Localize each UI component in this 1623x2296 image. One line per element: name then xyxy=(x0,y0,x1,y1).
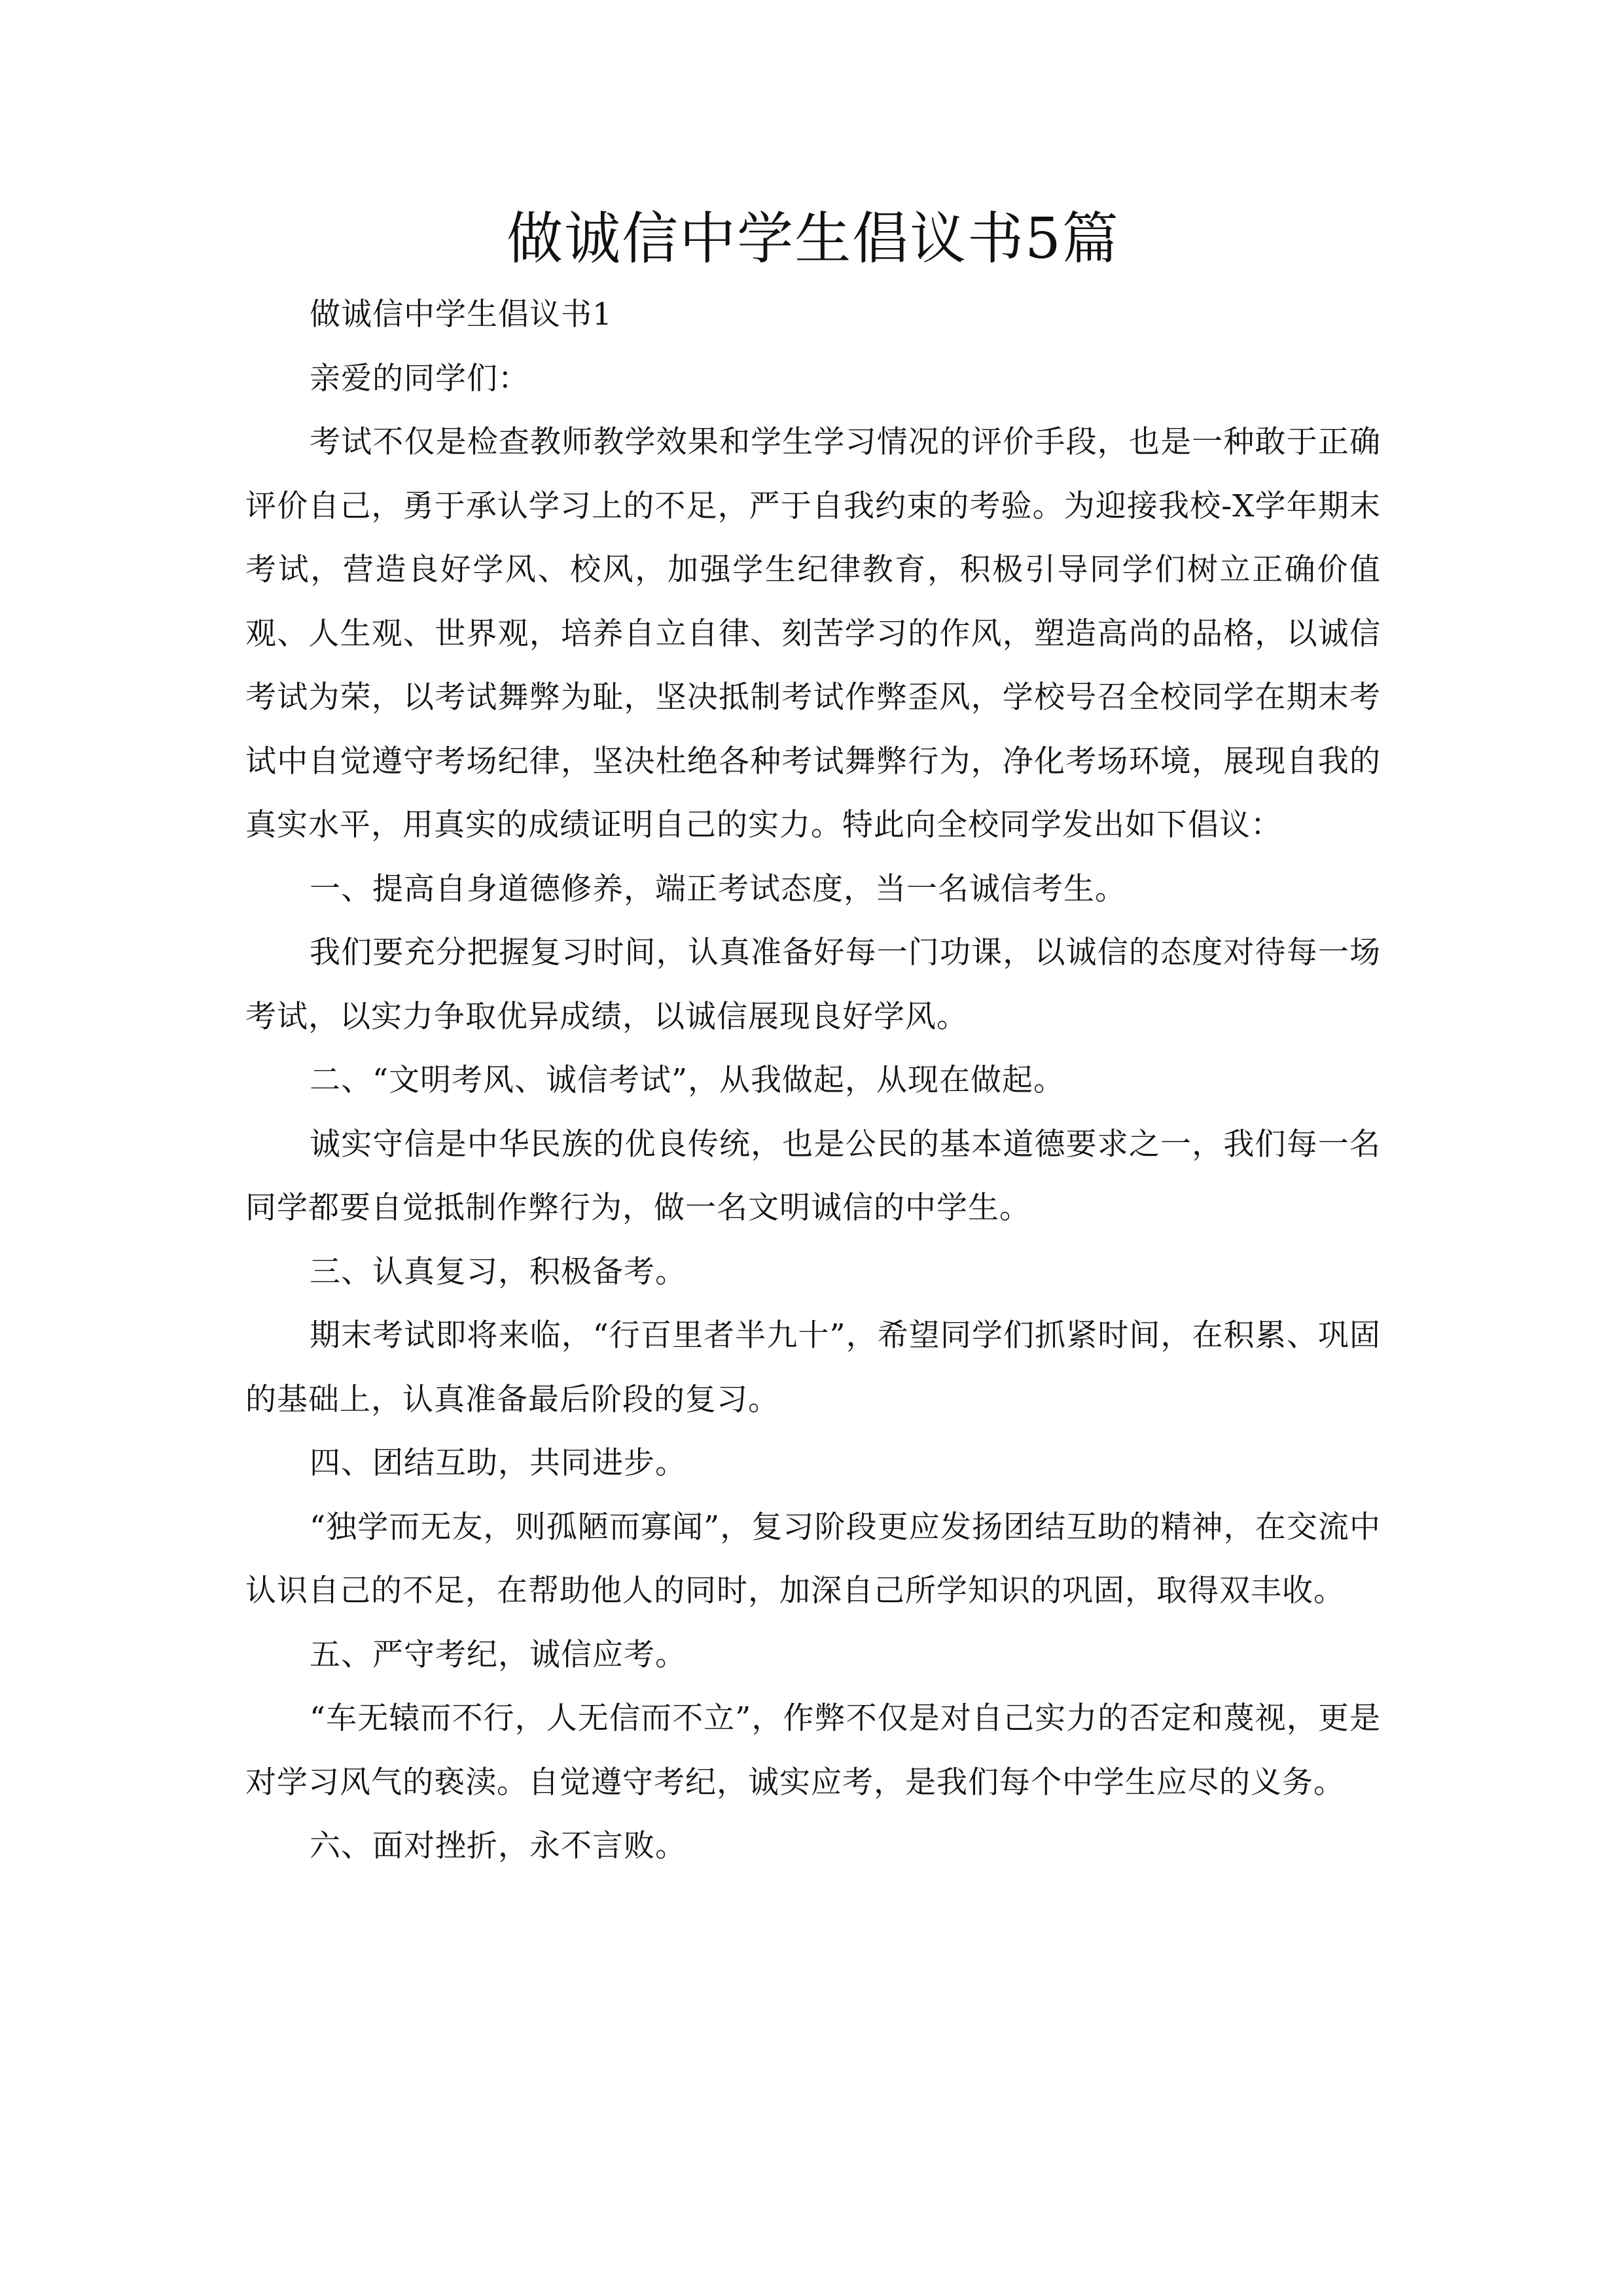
proposal-heading-1: 一、提高自身道德修养，端正考试态度，当一名诚信考生。 xyxy=(245,857,1381,922)
document-title: 做诚信中学生倡议书5篇 xyxy=(245,200,1381,278)
proposal-heading-4: 四、团结互助，共同进步。 xyxy=(245,1431,1381,1496)
proposal-heading-5: 五、严守考纪，诚信应考。 xyxy=(245,1623,1381,1687)
proposal-body-4: “独学而无友，则孤陋而寡闻”，复习阶段更应发扬团结互助的精神，在交流中认识自己的… xyxy=(245,1496,1381,1623)
document-body: 做诚信中学生倡议书1 亲爱的同学们： 考试不仅是检查教师教学效果和学生学习情况的… xyxy=(245,283,1381,1878)
salutation: 亲爱的同学们： xyxy=(245,347,1381,411)
proposal-body-3: 期末考试即将来临，“行百里者半九十”，希望同学们抓紧时间，在积累、巩固的基础上，… xyxy=(245,1304,1381,1431)
intro-paragraph: 考试不仅是检查教师教学效果和学生学习情况的评价手段，也是一种敢于正确评价自己，勇… xyxy=(245,410,1381,857)
section-heading: 做诚信中学生倡议书1 xyxy=(245,283,1381,347)
proposal-heading-6: 六、面对挫折，永不言败。 xyxy=(245,1814,1381,1878)
proposal-heading-3: 三、认真复习，积极备考。 xyxy=(245,1240,1381,1304)
proposal-body-5: “车无辕而不行，人无信而不立”，作弊不仅是对自己实力的否定和蔑视，更是对学习风气… xyxy=(245,1687,1381,1814)
proposal-body-1: 我们要充分把握复习时间，认真准备好每一门功课，以诚信的态度对待每一场考试，以实力… xyxy=(245,921,1381,1049)
proposal-heading-2: 二、“文明考风、诚信考试”，从我做起，从现在做起。 xyxy=(245,1049,1381,1113)
proposal-body-2: 诚实守信是中华民族的优良传统，也是公民的基本道德要求之一，我们每一名同学都要自觉… xyxy=(245,1113,1381,1240)
